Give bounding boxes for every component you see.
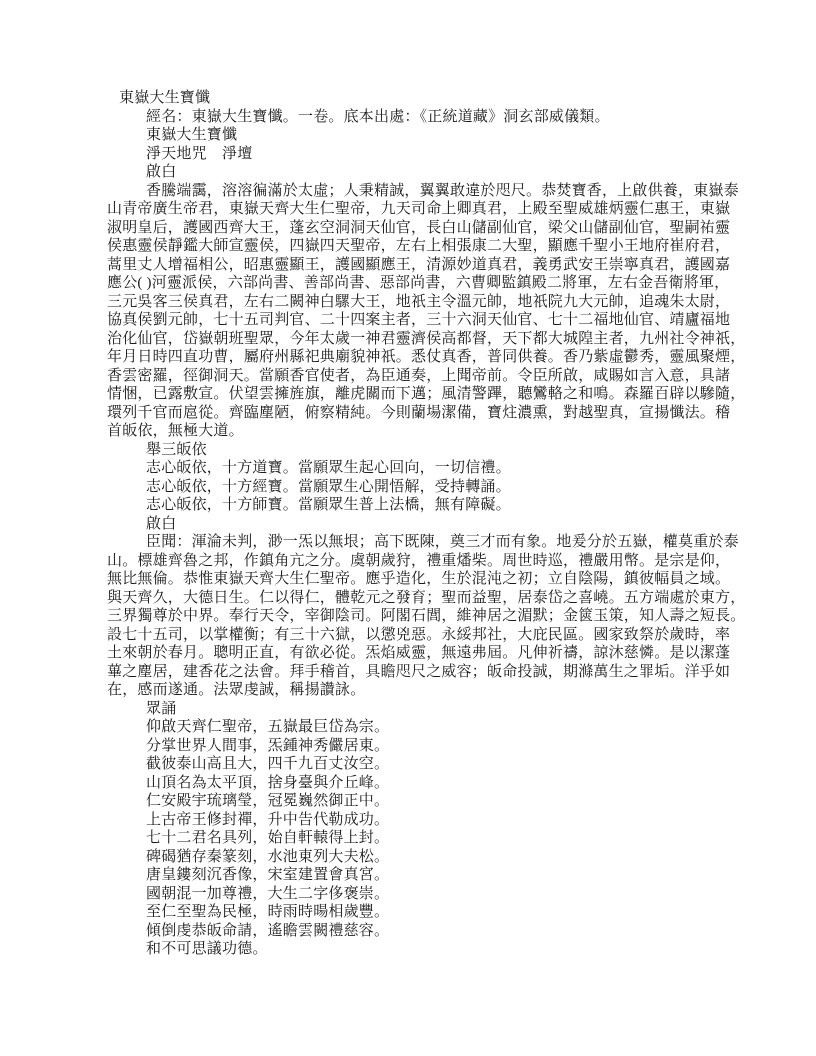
text-line: 年月日時四直功曹，屬府州縣祀典廟貌神祇。悉仗真香，普同供養。香乃紫虛鬱秀，靈風聚… bbox=[107, 348, 733, 367]
text-line: 設七十五司，以掌權衡；有三十六獄，以懲兇惡。永綏邦社，大庇民區。國家致祭於歲時，… bbox=[107, 626, 733, 645]
document-page: 東嶽大生寶懺經名：東嶽大生寶懺。一卷。底本出處：《正統道藏》洞玄部威儀類。東嶽大… bbox=[0, 0, 816, 1056]
text-line: 蒿里丈人增福相公，昭惠靈顯王，護國顯應王，清源妙道真君，義勇武安王崇寧真君，護國… bbox=[107, 256, 733, 275]
text-line: 在，感而遂通。法眾虔誠，稱揚讚詠。 bbox=[107, 681, 733, 700]
text-line: 蓽之塵居，建香花之法會。拜手稽首，具瞻咫尺之威容；皈命投誠，期滌萬生之罪垢。洋乎… bbox=[107, 663, 733, 682]
document-title: 東嶽大生寶懺 bbox=[107, 89, 733, 108]
text-line: 志心皈依，十方道寶。當願眾生起心回向，一切信禮。 bbox=[107, 459, 733, 478]
text-line: 淨天地咒 淨壇 bbox=[107, 145, 733, 164]
text-line: 舉三皈依 bbox=[107, 441, 733, 460]
text-line: 治化仙官，岱嶽朝班聖眾，今年太歲一神君靈濟侯高都督，天下都大城隍主者，九州社令神… bbox=[107, 330, 733, 349]
text-line: 國朝混一加尊禮，大生二字侈褒崇。 bbox=[107, 885, 733, 904]
scripture-text-block: 東嶽大生寶懺經名：東嶽大生寶懺。一卷。底本出處：《正統道藏》洞玄部威儀類。東嶽大… bbox=[107, 89, 733, 959]
text-line: 三界獨尊於中界。奉行天令，宰御陰司。阿閣石閭，維神居之湄默；金篋玉策，知人壽之短… bbox=[107, 607, 733, 626]
text-line: 應公( )河靈派侯，六部尚書、善部尚書、惡部尚書，六曹卿監鎮殿二將軍，左右金吾衛… bbox=[107, 274, 733, 293]
text-line: 環列千官而扈從。齊臨塵陋，俯察精純。今則蘭場潔備，寶炷濃熏，對越聖真，宣揚懺法。… bbox=[107, 404, 733, 423]
text-line: 截彼泰山高且大，四千九百丈汝空。 bbox=[107, 755, 733, 774]
text-line: 東嶽大生寶懺 bbox=[107, 126, 733, 145]
text-line: 啟白 bbox=[107, 163, 733, 182]
text-line: 志心皈依，十方師寶。當願眾生普上法橋，無有障礙。 bbox=[107, 496, 733, 515]
text-line: 傾倒虔恭皈命請，遙瞻雲闕禮慈容。 bbox=[107, 922, 733, 941]
text-line: 香雲密羅，徑御洞天。當願香官使者，為臣通奏，上聞帝前。令臣所啟，咸賜如言入意，具… bbox=[107, 367, 733, 386]
text-line: 分掌世界人間事，炁鍾神秀儼居東。 bbox=[107, 737, 733, 756]
text-line: 與天齊久，大德日生。仁以得仁，體乾元之發育；聖而益聖，居泰岱之喜嶢。五方端處於東… bbox=[107, 589, 733, 608]
text-line: 仁安殿宇琉璃瑩，冠冕巍然御正中。 bbox=[107, 792, 733, 811]
text-line: 七十二君名具列，始自軒轅得上封。 bbox=[107, 829, 733, 848]
text-line: 唐皇鏤刻沉香像，宋室建置會真宮。 bbox=[107, 866, 733, 885]
text-line: 淑明皇后，護國西齊大王，蓬玄空洞洞天仙官，長白山儲副仙官，梁父山儲副仙官，聖嗣祐… bbox=[107, 219, 733, 238]
text-line: 三元吳客三侯真君，左右二闕神白騾大王，地祇主令溫元帥，地祇院九大元帥，追魂朱太尉… bbox=[107, 293, 733, 312]
text-line: 山青帝廣生帝君，東嶽天齊大生仁聖帝，九天司命上卿真君，上殿至聖威雄炳靈仁惠王，東… bbox=[107, 200, 733, 219]
text-line: 碑碣猶存秦篆刻，水池東列大夫松。 bbox=[107, 848, 733, 867]
text-line: 山頂名為太平頂，捨身臺與介丘峰。 bbox=[107, 774, 733, 793]
text-line: 無比無倫。恭惟東嶽天齊大生仁聖帝。應乎造化，生於混沌之初；立自陰陽，鎮彼幅員之域… bbox=[107, 570, 733, 589]
text-line: 啟白 bbox=[107, 515, 733, 534]
text-line: 侯惠靈侯靜鑑大師宣靈侯，四嶽四天聖帝，左右上相張康二大聖，顯應千聖小王地府崔府君… bbox=[107, 237, 733, 256]
text-line: 協真侯劉元帥，七十五司判官、二十四案主者，三十六洞天仙官、七十二福地仙官、靖廬福… bbox=[107, 311, 733, 330]
text-line: 仰啟天齊仁聖帝，五嶽最巨岱為宗。 bbox=[107, 718, 733, 737]
text-line: 土來朝於春月。聰明正直，有欲必從。炁焰威靈，無遠弗屆。凡伸祈禱，諒沐慈憐。是以潔… bbox=[107, 644, 733, 663]
text-line: 至仁至聖為民極，時雨時暘相歲豐。 bbox=[107, 903, 733, 922]
text-line: 首皈依，無極大道。 bbox=[107, 422, 733, 441]
text-line: 和不可思議功德。 bbox=[107, 940, 733, 959]
text-line: 經名：東嶽大生寶懺。一卷。底本出處：《正統道藏》洞玄部威儀類。 bbox=[107, 108, 733, 127]
text-line: 臣聞：渾淪未判，渺一炁以無垠；高下既陳，奠三才而有象。地爰分於五嶽，權莫重於泰 bbox=[107, 533, 733, 552]
text-line: 情悃，已露敷宣。伏望雲擁旌旗，離虎關而下邁；風清警蹕，聽鸞輅之和鳴。森羅百辟以驂… bbox=[107, 385, 733, 404]
text-line: 上古帝王修封禪，升中告代勒成功。 bbox=[107, 811, 733, 830]
text-line: 香騰端靄，溶溶徧滿於太虛；人秉精誠，翼翼敢違於咫尺。恭焚寶香，上啟供養，東嶽泰 bbox=[107, 182, 733, 201]
text-line: 眾誦 bbox=[107, 700, 733, 719]
text-line: 志心皈依，十方經寶。當願眾生心開悟解，受持轉誦。 bbox=[107, 478, 733, 497]
text-line: 山。標雄齊魯之邦，作鎮角亢之分。虞朝歲狩，禮重燔柴。周世時巡，禮嚴用幣。是宗是仰… bbox=[107, 552, 733, 571]
